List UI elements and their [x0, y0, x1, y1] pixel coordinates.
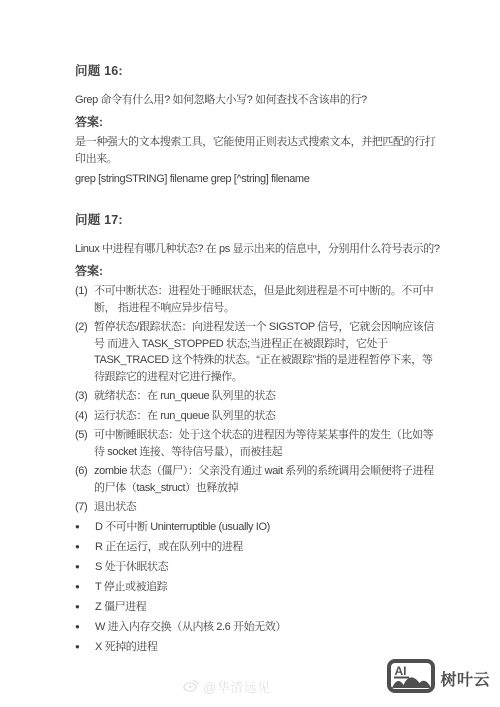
question-16-text: Grep 命令有什么用? 如何忽略大小写? 如何查找不含该串的行?: [75, 92, 443, 109]
numbered-item: (6) zombie 状态（僵尸）：父亲没有通过 wait 系列的系统调用会顺便…: [75, 463, 443, 496]
answer-16-line: 是一种强大的文本搜索工具，它能使用正则表达式搜索文本，并把匹配的行打印出来。: [75, 134, 443, 168]
numbered-item: (7) 退出状态: [75, 499, 443, 516]
watermark-text: @华清远见: [203, 677, 271, 696]
answer-17-label: 答案:: [75, 264, 443, 278]
list-item: ● T 停止或被追踪: [75, 579, 443, 595]
list-item: ● S 处于休眠状态: [75, 559, 443, 575]
bullet-icon: ●: [75, 519, 95, 535]
answer-16-command: grep [stringSTRING] filename grep [^stri…: [75, 171, 443, 188]
bullet-icon: ●: [75, 579, 95, 595]
list-item: ● D 不可中断 Uninterruptible (usually IO): [75, 519, 443, 535]
question-17-text: Linux 中进程有哪几种状态? 在 ps 显示出来的信息中，分别用什么符号表示…: [75, 241, 443, 258]
item-number: (3): [75, 388, 94, 405]
question-section-17: 问题 17: Linux 中进程有哪几种状态? 在 ps 显示出来的信息中，分别…: [75, 213, 443, 655]
brand-logo: AI 树叶云: [387, 659, 490, 698]
list-item-text: Z 僵尸进程: [95, 599, 146, 615]
item-number: (4): [75, 408, 94, 425]
item-number: (6): [75, 463, 94, 496]
process-state-list: ● D 不可中断 Uninterruptible (usually IO) ● …: [75, 519, 443, 655]
list-item: ● W 进入内存交换（从内核 2.6 开始无效）: [75, 619, 443, 635]
list-item-text: S 处于休眠状态: [95, 559, 168, 575]
list-item-text: W 进入内存交换（从内核 2.6 开始无效）: [95, 619, 286, 635]
numbered-item: (2) 暂停状态/跟踪状态：向进程发送一个 SIGSTOP 信号，它就会因响应该…: [75, 319, 443, 385]
answer-16-label: 答案:: [75, 115, 443, 129]
item-number: (2): [75, 319, 94, 385]
question-section-16: 问题 16: Grep 命令有什么用? 如何忽略大小写? 如何查找不含该串的行?…: [75, 64, 443, 188]
watermark: @华清远见: [183, 677, 271, 696]
document-content: 问题 16: Grep 命令有什么用? 如何忽略大小写? 如何查找不含该串的行?…: [75, 64, 443, 659]
ai-image-icon: AI: [387, 659, 435, 698]
item-text: zombie 状态（僵尸）：父亲没有通过 wait 系列的系统调用会顺便将子进程…: [94, 463, 443, 496]
item-text: 不可中断状态：进程处于睡眠状态，但是此刻进程是不可中断的。不可中断， 指进程不响…: [94, 283, 443, 316]
list-item: ● X 死掉的进程: [75, 639, 443, 655]
list-item-text: R 正在运行，或在队列中的进程: [95, 539, 243, 555]
item-number: (7): [75, 499, 94, 516]
item-text: 退出状态: [94, 499, 443, 516]
document: 问题 16: Grep 命令有什么用? 如何忽略大小写? 如何查找不含该串的行?…: [0, 0, 500, 707]
list-item-text: T 停止或被追踪: [95, 579, 167, 595]
list-item-text: X 死掉的进程: [95, 639, 158, 655]
item-text: 运行状态：在 run_queue 队列里的状态: [94, 408, 443, 425]
item-text: 可中断睡眠状态：处于这个状态的进程因为等待某某事件的发生（比如等待 socket…: [94, 427, 443, 460]
question-16-title: 问题 16:: [75, 64, 443, 78]
numbered-item: (1) 不可中断状态：进程处于睡眠状态，但是此刻进程是不可中断的。不可中断， 指…: [75, 283, 443, 316]
item-text: 就绪状态：在 run_queue 队列里的状态: [94, 388, 443, 405]
bullet-icon: ●: [75, 599, 95, 615]
question-17-title: 问题 17:: [75, 213, 443, 227]
weibo-icon: [183, 678, 199, 695]
numbered-item: (5) 可中断睡眠状态：处于这个状态的进程因为等待某某事件的发生（比如等待 so…: [75, 427, 443, 460]
bullet-icon: ●: [75, 639, 95, 655]
numbered-item: (4) 运行状态：在 run_queue 队列里的状态: [75, 408, 443, 425]
item-text: 暂停状态/跟踪状态：向进程发送一个 SIGSTOP 信号，它就会因响应该信号 而…: [94, 319, 443, 385]
bullet-icon: ●: [75, 559, 95, 575]
item-number: (1): [75, 283, 94, 316]
list-item-text: D 不可中断 Uninterruptible (usually IO): [95, 519, 270, 535]
ai-label: AI: [395, 664, 407, 678]
bullet-icon: ●: [75, 539, 95, 555]
bullet-icon: ●: [75, 619, 95, 635]
item-number: (5): [75, 427, 94, 460]
brand-name: 树叶云: [440, 667, 490, 690]
list-item: ● Z 僵尸进程: [75, 599, 443, 615]
list-item: ● R 正在运行，或在队列中的进程: [75, 539, 443, 555]
numbered-item: (3) 就绪状态：在 run_queue 队列里的状态: [75, 388, 443, 405]
